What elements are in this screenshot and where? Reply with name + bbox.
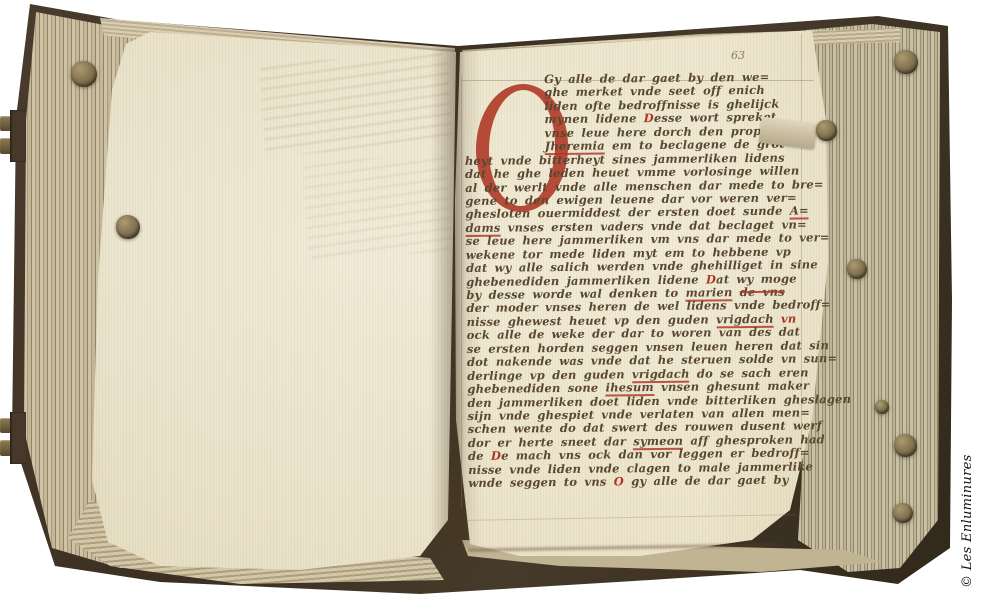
clasp-plate bbox=[10, 110, 26, 162]
clasp-hardware bbox=[0, 412, 36, 464]
metal-boss bbox=[894, 434, 917, 457]
clasp-plate bbox=[10, 412, 26, 464]
ink-showthrough bbox=[259, 52, 453, 157]
ruling-line bbox=[461, 76, 462, 508]
clasp-hardware bbox=[0, 110, 36, 162]
metal-boss bbox=[894, 50, 918, 74]
metal-boss bbox=[116, 215, 140, 239]
folio-number: 63 bbox=[731, 49, 745, 62]
manuscript-book: 63 Gy alle de dar gaet by den we=ghe mer… bbox=[0, 0, 1007, 600]
photo-stage: 63 Gy alle de dar gaet by den we=ghe mer… bbox=[0, 0, 1007, 600]
photo-credit: © Les Enluminures bbox=[960, 438, 976, 588]
metal-boss bbox=[893, 503, 913, 523]
metal-boss bbox=[71, 61, 97, 87]
metal-boss bbox=[875, 400, 889, 414]
photo-credit-text: © Les Enluminures bbox=[960, 454, 975, 588]
metal-boss bbox=[816, 120, 837, 141]
metal-boss bbox=[847, 259, 867, 279]
